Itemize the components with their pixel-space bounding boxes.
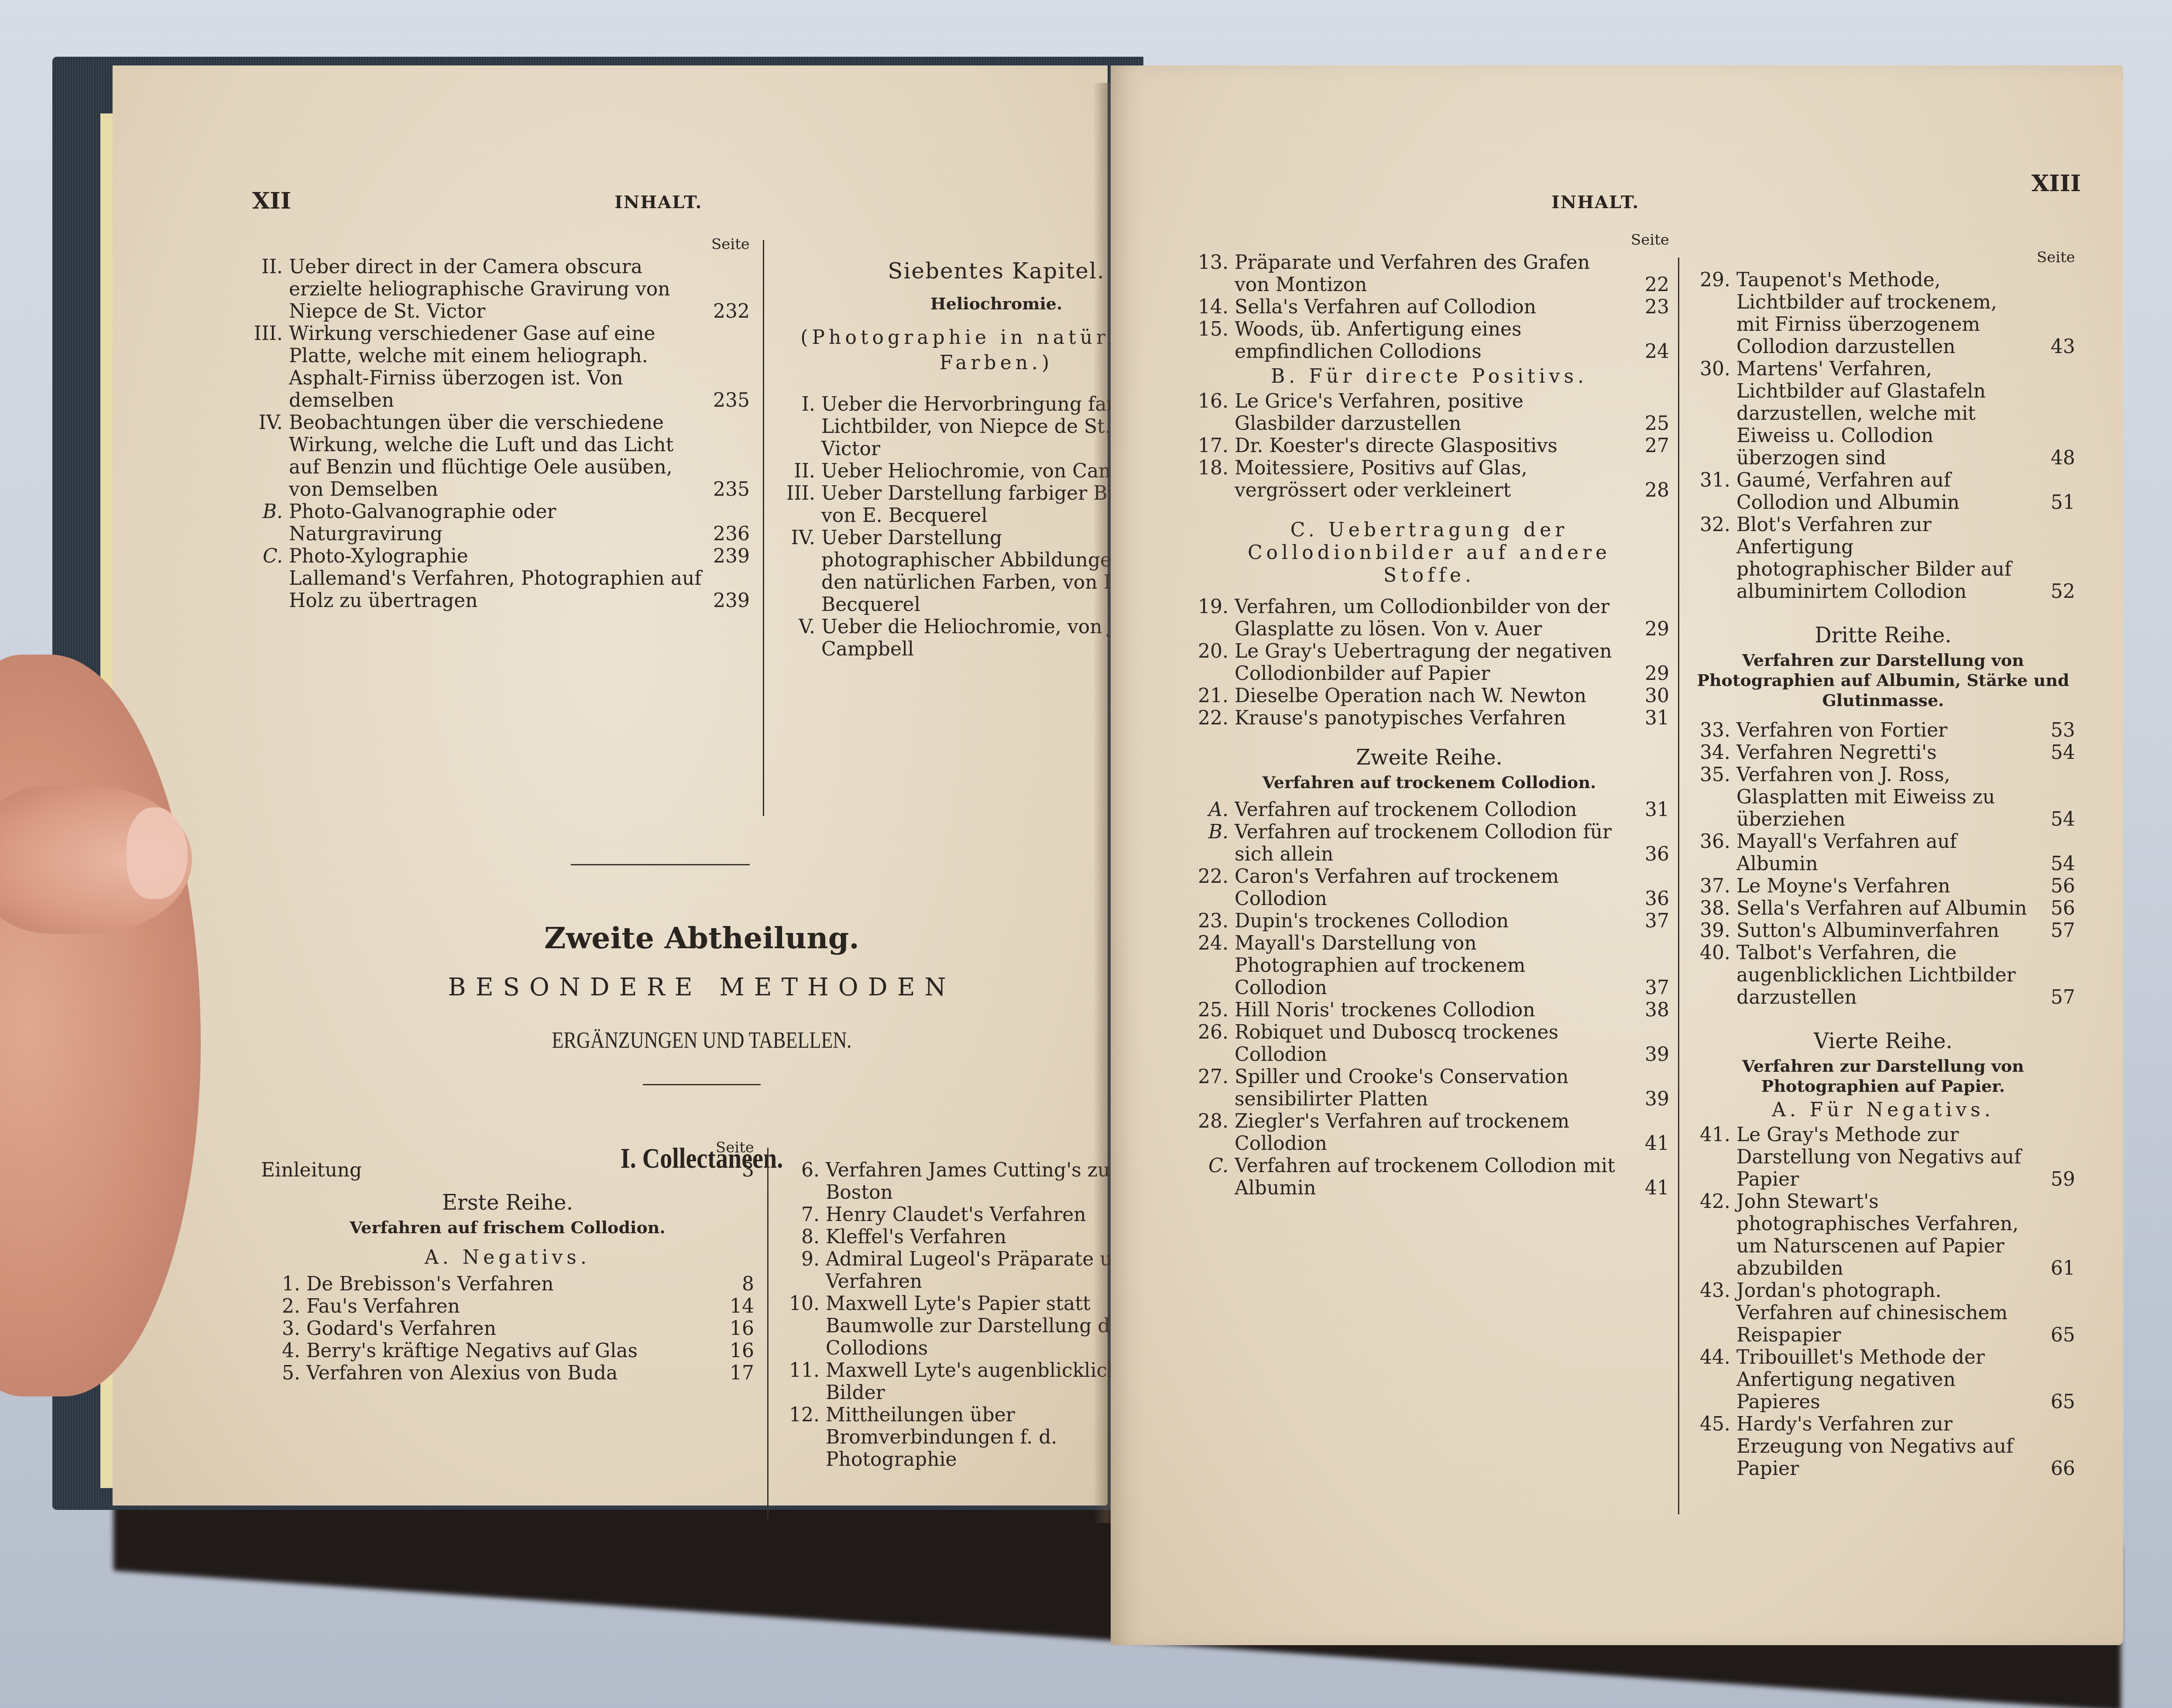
entry-number: 30. bbox=[1691, 358, 1736, 380]
folio-left: XII bbox=[252, 188, 291, 214]
toc-entry[interactable]: III.Wirkung verschiedener Gase auf eine … bbox=[244, 322, 750, 412]
toc-entry[interactable]: B.Verfahren auf trockenem Collodion für … bbox=[1189, 821, 1669, 865]
toc-entry[interactable]: 27.Spiller und Crooke's Conservation sen… bbox=[1189, 1066, 1669, 1110]
group-title: A. Negativs. bbox=[261, 1246, 754, 1269]
toc-entry[interactable]: 33.Verfahren von Fortier53 bbox=[1691, 719, 2075, 741]
division-line-1: BESONDERE METHODEN bbox=[244, 973, 1160, 1001]
entry-text: Woods, üb. Anfertigung eines empfindlich… bbox=[1235, 318, 1621, 363]
left-col-3: Seite Einleitung 3 Erste Reihe. Verfahre… bbox=[261, 1139, 754, 1384]
entry-number: 28. bbox=[1189, 1110, 1235, 1132]
toc-entry[interactable]: 32.Blot's Verfahren zur Anfertigung phot… bbox=[1691, 514, 2075, 603]
entry-page: 14 bbox=[706, 1295, 754, 1317]
entry-page: 31 bbox=[1621, 799, 1669, 821]
entry-list: 13.Präparate und Verfahren des Grafen vo… bbox=[1189, 251, 1669, 363]
entry-page: 22 bbox=[1621, 274, 1669, 296]
divider bbox=[643, 1084, 761, 1085]
left-page: XII INHALT. Seite II.Ueber direct in der… bbox=[113, 65, 1108, 1506]
entry-text: Godard's Verfahren bbox=[306, 1317, 706, 1340]
column-rule bbox=[1678, 257, 1679, 1514]
entry-text: Caron's Verfahren auf trockenem Collodio… bbox=[1235, 865, 1621, 910]
entry-page: 24 bbox=[1621, 340, 1669, 363]
entry-text: Verfahren von Fortier bbox=[1736, 719, 2027, 741]
entry-number: 1. bbox=[261, 1273, 306, 1295]
toc-entry[interactable]: 17.Dr. Koester's directe Glaspositivs27 bbox=[1189, 435, 1669, 457]
entry-number: IV. bbox=[244, 412, 289, 434]
entry-number: 17. bbox=[1189, 435, 1235, 457]
toc-entry[interactable]: 36.Mayall's Verfahren auf Albumin54 bbox=[1691, 830, 2075, 875]
seite-label: Seite bbox=[244, 236, 750, 253]
entry-page: 8 bbox=[706, 1273, 754, 1295]
entry-page: 23 bbox=[1621, 296, 1669, 318]
entry-number: 22. bbox=[1189, 707, 1235, 729]
entry-number: 12. bbox=[780, 1404, 826, 1426]
toc-entry[interactable]: 28.Ziegler's Verfahren auf trockenem Col… bbox=[1189, 1110, 1669, 1155]
entry-number: 41. bbox=[1691, 1124, 1736, 1146]
entry-page: 235 bbox=[702, 478, 750, 501]
entry-text: Sutton's Albuminverfahren bbox=[1736, 919, 2027, 942]
toc-entry[interactable]: II.Ueber direct in der Camera obscura er… bbox=[244, 256, 750, 322]
entry-text: Ziegler's Verfahren auf trockenem Collod… bbox=[1235, 1110, 1621, 1155]
toc-entry[interactable]: 16.Le Grice's Verfahren, positive Glasbi… bbox=[1189, 390, 1669, 435]
entry-page: 56 bbox=[2027, 875, 2075, 897]
entry-number: 25. bbox=[1189, 999, 1235, 1021]
toc-entry[interactable]: 24.Mayall's Darstellung von Photographie… bbox=[1189, 932, 1669, 999]
entry-text: Dieselbe Operation nach W. Newton bbox=[1235, 685, 1621, 707]
entry-text: Verfahren auf trockenem Collodion für si… bbox=[1235, 821, 1621, 865]
division-title: Zweite Abtheilung. bbox=[244, 921, 1160, 956]
entry-page: 30 bbox=[1621, 685, 1669, 707]
group-title: B. Für directe Positivs. bbox=[1189, 365, 1669, 388]
entry-number: 36. bbox=[1691, 830, 1736, 853]
entry-page: 41 bbox=[1621, 1177, 1669, 1199]
entry-number: 9. bbox=[780, 1248, 826, 1270]
entry-text: Tribouillet's Methode der Anfertigung ne… bbox=[1736, 1346, 2027, 1413]
entry-number: 42. bbox=[1691, 1190, 1736, 1213]
entry-number: I. bbox=[776, 393, 821, 415]
entry-text: Mayall's Verfahren auf Albumin bbox=[1736, 830, 2027, 875]
entry-page: 235 bbox=[702, 389, 750, 412]
column-rule bbox=[767, 1148, 769, 1519]
entry-text: Photo-Galvanographie oder Naturgravirung bbox=[289, 501, 702, 545]
entry-text: Hill Noris' trockenes Collodion bbox=[1235, 999, 1621, 1021]
entry-number: V. bbox=[776, 616, 821, 638]
entry-text: Le Gray's Uebertragung der negativen Col… bbox=[1235, 640, 1621, 685]
toc-entry[interactable]: 42.John Stewart's photographisches Verfa… bbox=[1691, 1190, 2075, 1279]
entry-number: 18. bbox=[1189, 457, 1235, 479]
entry-text: Dupin's trockenes Collodion bbox=[1235, 910, 1621, 932]
entry-text: Mayall's Darstellung von Photographien a… bbox=[1235, 932, 1621, 999]
entry-text: Verfahren Negretti's bbox=[1736, 741, 2027, 764]
toc-entry[interactable]: A.Verfahren auf trockenem Collodion31 bbox=[1189, 799, 1669, 821]
entry-page: 57 bbox=[2027, 986, 2075, 1008]
entry-page: 61 bbox=[2027, 1257, 2075, 1279]
entry-number: 8. bbox=[780, 1226, 826, 1248]
entry-page: 16 bbox=[706, 1340, 754, 1362]
entry-page: 3 bbox=[706, 1159, 754, 1181]
entry-page: 27 bbox=[1621, 435, 1669, 457]
entry-page: 51 bbox=[2027, 491, 2075, 514]
entry-number: II. bbox=[776, 460, 821, 482]
toc-entry[interactable]: 45.Hardy's Verfahren zur Erzeugung von N… bbox=[1691, 1413, 2075, 1480]
entry-number: 24. bbox=[1189, 932, 1235, 954]
entry-text: Le Moyne's Verfahren bbox=[1736, 875, 2027, 897]
entry-page: 48 bbox=[2027, 447, 2075, 469]
entry-list: A.Verfahren auf trockenem Collodion31B.V… bbox=[1189, 799, 1669, 1199]
entry-text: Le Gray's Methode zur Darstellung von Ne… bbox=[1736, 1124, 2027, 1190]
entry-text: John Stewart's photographisches Verfahre… bbox=[1736, 1190, 2027, 1279]
entry-number: 45. bbox=[1691, 1413, 1736, 1435]
toc-entry[interactable]: 14.Sella's Verfahren auf Collodion23 bbox=[1189, 296, 1669, 318]
entry-number: 11. bbox=[780, 1359, 826, 1382]
group-title: C. Uebertragung der Collodionbilder auf … bbox=[1207, 519, 1652, 587]
toc-entry[interactable]: Einleitung 3 bbox=[261, 1159, 754, 1181]
group-title: A. Für Negativs. bbox=[1691, 1099, 2075, 1121]
toc-entry[interactable]: 1.De Brebisson's Verfahren8 bbox=[261, 1273, 754, 1295]
series-subtitle: Verfahren zur Darstellung von Photograph… bbox=[1691, 1056, 2075, 1096]
series-title: Vierte Reihe. bbox=[1691, 1030, 2075, 1053]
running-head-right: INHALT. bbox=[1551, 192, 1640, 213]
entry-text: Fau's Verfahren bbox=[306, 1295, 706, 1317]
entry-page: 66 bbox=[2027, 1458, 2075, 1480]
entry-number: 38. bbox=[1691, 897, 1736, 919]
entry-number: 26. bbox=[1189, 1021, 1235, 1043]
series-subtitle: Verfahren auf frischem Collodion. bbox=[261, 1218, 754, 1238]
entry-text: Verfahren auf trockenem Collodion bbox=[1235, 799, 1621, 821]
toc-entry[interactable]: 30.Martens' Verfahren, Lichtbilder auf G… bbox=[1691, 358, 2075, 469]
entry-page: 36 bbox=[1621, 843, 1669, 865]
entry-page: 29 bbox=[1621, 662, 1669, 685]
entry-page: 16 bbox=[706, 1317, 754, 1340]
toc-entry[interactable]: 22.Caron's Verfahren auf trockenem Collo… bbox=[1189, 865, 1669, 910]
entry-page: 239 bbox=[702, 545, 750, 567]
entry-page: 38 bbox=[1621, 999, 1669, 1021]
entry-number: 4. bbox=[261, 1340, 306, 1362]
entry-list: 16.Le Grice's Verfahren, positive Glasbi… bbox=[1189, 390, 1669, 501]
entry-number: 5. bbox=[261, 1362, 306, 1384]
entry-page: 65 bbox=[2027, 1391, 2075, 1413]
toc-entry[interactable]: 13.Präparate und Verfahren des Grafen vo… bbox=[1189, 251, 1669, 296]
series-subtitle: Verfahren auf trockenem Collodion. bbox=[1189, 772, 1669, 792]
entry-number: 43. bbox=[1691, 1279, 1736, 1302]
entry-page: 53 bbox=[2027, 719, 2075, 741]
toc-entry[interactable]: 35.Verfahren von J. Ross, Glasplatten mi… bbox=[1691, 764, 2075, 830]
entry-list: 29.Taupenot's Methode, Lichtbilder auf t… bbox=[1691, 269, 2075, 603]
toc-entry[interactable]: 40.Talbot's Verfahren, die augenblicklic… bbox=[1691, 942, 2075, 1008]
entry-text: Verfahren, um Collodionbilder von der Gl… bbox=[1235, 596, 1621, 640]
right-page: INHALT. XIII Seite 13.Präparate und Verf… bbox=[1111, 65, 2123, 1645]
entry-text: Einleitung bbox=[261, 1159, 706, 1181]
entry-list: II.Ueber direct in der Camera obscura er… bbox=[244, 256, 750, 612]
toc-entry[interactable]: 19.Verfahren, um Collodionbilder von der… bbox=[1189, 596, 1669, 640]
entry-number: B. bbox=[244, 501, 289, 523]
series-title: Dritte Reihe. bbox=[1691, 624, 2075, 647]
entry-text: Le Grice's Verfahren, positive Glasbilde… bbox=[1235, 390, 1621, 435]
entry-text: Krause's panotypisches Verfahren bbox=[1235, 707, 1621, 729]
right-col-1: Seite 13.Präparate und Verfahren des Gra… bbox=[1189, 231, 1669, 1199]
entry-page: 39 bbox=[1621, 1088, 1669, 1110]
entry-number: 22. bbox=[1189, 865, 1235, 888]
series-subtitle: Verfahren zur Darstellung von Photograph… bbox=[1691, 650, 2075, 710]
folio-right: XIII bbox=[2031, 170, 2081, 197]
seite-label: Seite bbox=[1691, 249, 2075, 266]
entry-number: II. bbox=[244, 256, 289, 278]
division-line-2: ERGÄNZUNGEN UND TABELLEN. bbox=[312, 1028, 1091, 1053]
entry-page: 28 bbox=[1621, 479, 1669, 501]
toc-entry[interactable]: Lallemand's Verfahren, Photographien auf… bbox=[244, 567, 750, 612]
entry-number: C. bbox=[1189, 1155, 1235, 1177]
entry-number: 10. bbox=[780, 1293, 826, 1315]
entry-page: 17 bbox=[706, 1362, 754, 1384]
entry-text: Sella's Verfahren auf Collodion bbox=[1235, 296, 1621, 318]
entry-number: III. bbox=[244, 322, 289, 345]
entry-text: Sella's Verfahren auf Albumin bbox=[1736, 897, 2027, 919]
entry-number: 19. bbox=[1189, 596, 1235, 618]
entry-page: 36 bbox=[1621, 888, 1669, 910]
entry-number: 27. bbox=[1189, 1066, 1235, 1088]
entry-number: C. bbox=[244, 545, 289, 567]
entry-number: 7. bbox=[780, 1204, 826, 1226]
column-rule bbox=[763, 240, 764, 816]
entry-number: 15. bbox=[1189, 318, 1235, 340]
entry-page: 59 bbox=[2027, 1168, 2075, 1190]
entry-page: 56 bbox=[2027, 897, 2075, 919]
entry-number: III. bbox=[776, 482, 821, 504]
entry-list: 19.Verfahren, um Collodionbilder von der… bbox=[1189, 596, 1669, 729]
entry-text: Verfahren von Alexius von Buda bbox=[306, 1362, 706, 1384]
entry-text: Robiquet und Duboscq trockenes Collodion bbox=[1235, 1021, 1621, 1066]
entry-number: 23. bbox=[1189, 910, 1235, 932]
entry-page: 232 bbox=[702, 300, 750, 322]
toc-entry[interactable]: C.Verfahren auf trockenem Collodion mit … bbox=[1189, 1155, 1669, 1199]
entry-page: 43 bbox=[2027, 336, 2075, 358]
toc-entry[interactable]: 15.Woods, üb. Anfertigung eines empfindl… bbox=[1189, 318, 1669, 363]
toc-entry[interactable]: 31.Gaumé, Verfahren auf Collodion und Al… bbox=[1691, 469, 2075, 514]
entry-text: Dr. Koester's directe Glaspositivs bbox=[1235, 435, 1621, 457]
entry-page: 29 bbox=[1621, 618, 1669, 640]
entry-text: Ueber direct in der Camera obscura erzie… bbox=[289, 256, 702, 322]
entry-number: 39. bbox=[1691, 919, 1736, 942]
entry-text: Spiller und Crooke's Conservation sensib… bbox=[1235, 1066, 1621, 1110]
entry-number: 6. bbox=[780, 1159, 826, 1181]
entry-page: 54 bbox=[2027, 808, 2075, 830]
entry-number: 33. bbox=[1691, 719, 1736, 741]
toc-entry[interactable]: 38.Sella's Verfahren auf Albumin56 bbox=[1691, 897, 2075, 919]
entry-number: 21. bbox=[1189, 685, 1235, 707]
entry-page: 31 bbox=[1621, 707, 1669, 729]
series-title: Zweite Reihe. bbox=[1189, 747, 1669, 769]
entry-number: 35. bbox=[1691, 764, 1736, 786]
toc-entry[interactable]: 21.Dieselbe Operation nach W. Newton30 bbox=[1189, 685, 1669, 707]
entry-number: 14. bbox=[1189, 296, 1235, 318]
entry-text: Verfahren auf trockenem Collodion mit Al… bbox=[1235, 1155, 1621, 1199]
entry-text: Lallemand's Verfahren, Photographien auf… bbox=[289, 567, 702, 612]
toc-entry[interactable]: 5.Verfahren von Alexius von Buda17 bbox=[261, 1362, 754, 1384]
entry-text: Martens' Verfahren, Lichtbilder auf Glas… bbox=[1736, 358, 2027, 469]
entry-page: 52 bbox=[2027, 580, 2075, 603]
entry-text: Berry's kräftige Negativs auf Glas bbox=[306, 1340, 706, 1362]
toc-entry[interactable]: 29.Taupenot's Methode, Lichtbilder auf t… bbox=[1691, 269, 2075, 358]
toc-entry[interactable]: 25.Hill Noris' trockenes Collodion38 bbox=[1189, 999, 1669, 1021]
entry-number: A. bbox=[1189, 799, 1235, 821]
entry-number: 37. bbox=[1691, 875, 1736, 897]
entry-number: 34. bbox=[1691, 741, 1736, 764]
entry-list: 1.De Brebisson's Verfahren82.Fau's Verfa… bbox=[261, 1273, 754, 1384]
toc-entry[interactable]: 41.Le Gray's Methode zur Darstellung von… bbox=[1691, 1124, 2075, 1190]
toc-entry[interactable]: 22.Krause's panotypisches Verfahren31 bbox=[1189, 707, 1669, 729]
entry-page: 54 bbox=[2027, 853, 2075, 875]
entry-list: 33.Verfahren von Fortier5334.Verfahren N… bbox=[1691, 719, 2075, 1008]
entry-number: B. bbox=[1189, 821, 1235, 843]
series-title: Erste Reihe. bbox=[261, 1192, 754, 1214]
entry-text: Taupenot's Methode, Lichtbilder auf troc… bbox=[1736, 269, 2027, 358]
entry-page: 39 bbox=[1621, 1043, 1669, 1066]
entry-text: Gaumé, Verfahren auf Collodion und Album… bbox=[1736, 469, 2027, 514]
toc-entry[interactable]: 23.Dupin's trockenes Collodion37 bbox=[1189, 910, 1669, 932]
entry-page: 236 bbox=[702, 523, 750, 545]
entry-number: 3. bbox=[261, 1317, 306, 1340]
entry-page: 37 bbox=[1621, 977, 1669, 999]
toc-entry[interactable]: 34.Verfahren Negretti's54 bbox=[1691, 741, 2075, 764]
entry-number: 40. bbox=[1691, 942, 1736, 964]
toc-entry[interactable]: 37.Le Moyne's Verfahren56 bbox=[1691, 875, 2075, 897]
toc-entry[interactable]: 44.Tribouillet's Methode der Anfertigung… bbox=[1691, 1346, 2075, 1413]
entry-list: 41.Le Gray's Methode zur Darstellung von… bbox=[1691, 1124, 2075, 1480]
entry-page: 41 bbox=[1621, 1132, 1669, 1155]
entry-number: 20. bbox=[1189, 640, 1235, 662]
entry-number: 32. bbox=[1691, 514, 1736, 536]
divider bbox=[571, 864, 750, 865]
toc-entry[interactable]: 20.Le Gray's Uebertragung der negativen … bbox=[1189, 640, 1669, 685]
toc-entry[interactable]: C.Photo-Xylographie239 bbox=[244, 545, 750, 567]
toc-entry[interactable]: 26.Robiquet und Duboscq trockenes Collod… bbox=[1189, 1021, 1669, 1066]
toc-entry[interactable]: 4.Berry's kräftige Negativs auf Glas16 bbox=[261, 1340, 754, 1362]
toc-entry[interactable]: 18.Moitessiere, Positivs auf Glas, vergr… bbox=[1189, 457, 1669, 501]
entry-text: Verfahren von J. Ross, Glasplatten mit E… bbox=[1736, 764, 2027, 830]
entry-number: 44. bbox=[1691, 1346, 1736, 1368]
entry-text: Moitessiere, Positivs auf Glas, vergröss… bbox=[1235, 457, 1621, 501]
entry-text: Jordan's photograph. Verfahren auf chine… bbox=[1736, 1279, 2027, 1346]
toc-entry[interactable]: 2.Fau's Verfahren14 bbox=[261, 1295, 754, 1317]
entry-page: 37 bbox=[1621, 910, 1669, 932]
entry-number: 2. bbox=[261, 1295, 306, 1317]
toc-entry[interactable]: IV.Beobachtungen über die verschiedene W… bbox=[244, 412, 750, 501]
entry-number: 13. bbox=[1189, 251, 1235, 274]
division-block: Zweite Abtheilung. BESONDERE METHODEN ER… bbox=[244, 921, 1160, 1175]
entry-text: Talbot's Verfahren, die augenblicklichen… bbox=[1736, 942, 2027, 1008]
entry-number: IV. bbox=[776, 527, 821, 549]
entry-number: 29. bbox=[1691, 269, 1736, 291]
entry-page: 25 bbox=[1621, 412, 1669, 435]
entry-text: Präparate und Verfahren des Grafen von M… bbox=[1235, 251, 1621, 296]
toc-entry[interactable]: B.Photo-Galvanographie oder Naturgraviru… bbox=[244, 501, 750, 545]
seite-label: Seite bbox=[261, 1139, 754, 1156]
toc-entry[interactable]: 3.Godard's Verfahren16 bbox=[261, 1317, 754, 1340]
running-head-left: INHALT. bbox=[614, 192, 703, 213]
entry-text: Beobachtungen über die verschiedene Wirk… bbox=[289, 412, 702, 501]
left-col-1: Seite II.Ueber direct in der Camera obsc… bbox=[244, 236, 750, 612]
entry-page: 65 bbox=[2027, 1324, 2075, 1346]
entry-number: 31. bbox=[1691, 469, 1736, 491]
entry-page: 54 bbox=[2027, 741, 2075, 764]
entry-page: 239 bbox=[702, 590, 750, 612]
toc-entry[interactable]: 43.Jordan's photograph. Verfahren auf ch… bbox=[1691, 1279, 2075, 1346]
entry-page: 57 bbox=[2027, 919, 2075, 942]
entry-text: Photo-Xylographie bbox=[289, 545, 702, 567]
entry-text: Blot's Verfahren zur Anfertigung photogr… bbox=[1736, 514, 2027, 603]
entry-text: De Brebisson's Verfahren bbox=[306, 1273, 706, 1295]
entry-text: Wirkung verschiedener Gase auf eine Plat… bbox=[289, 322, 702, 412]
entry-number: 16. bbox=[1189, 390, 1235, 412]
toc-entry[interactable]: 39.Sutton's Albuminverfahren57 bbox=[1691, 919, 2075, 942]
entry-text: Hardy's Verfahren zur Erzeugung von Nega… bbox=[1736, 1413, 2027, 1480]
right-col-2: Seite 29.Taupenot's Methode, Lichtbilder… bbox=[1691, 249, 2075, 1480]
seite-label: Seite bbox=[1189, 231, 1669, 249]
